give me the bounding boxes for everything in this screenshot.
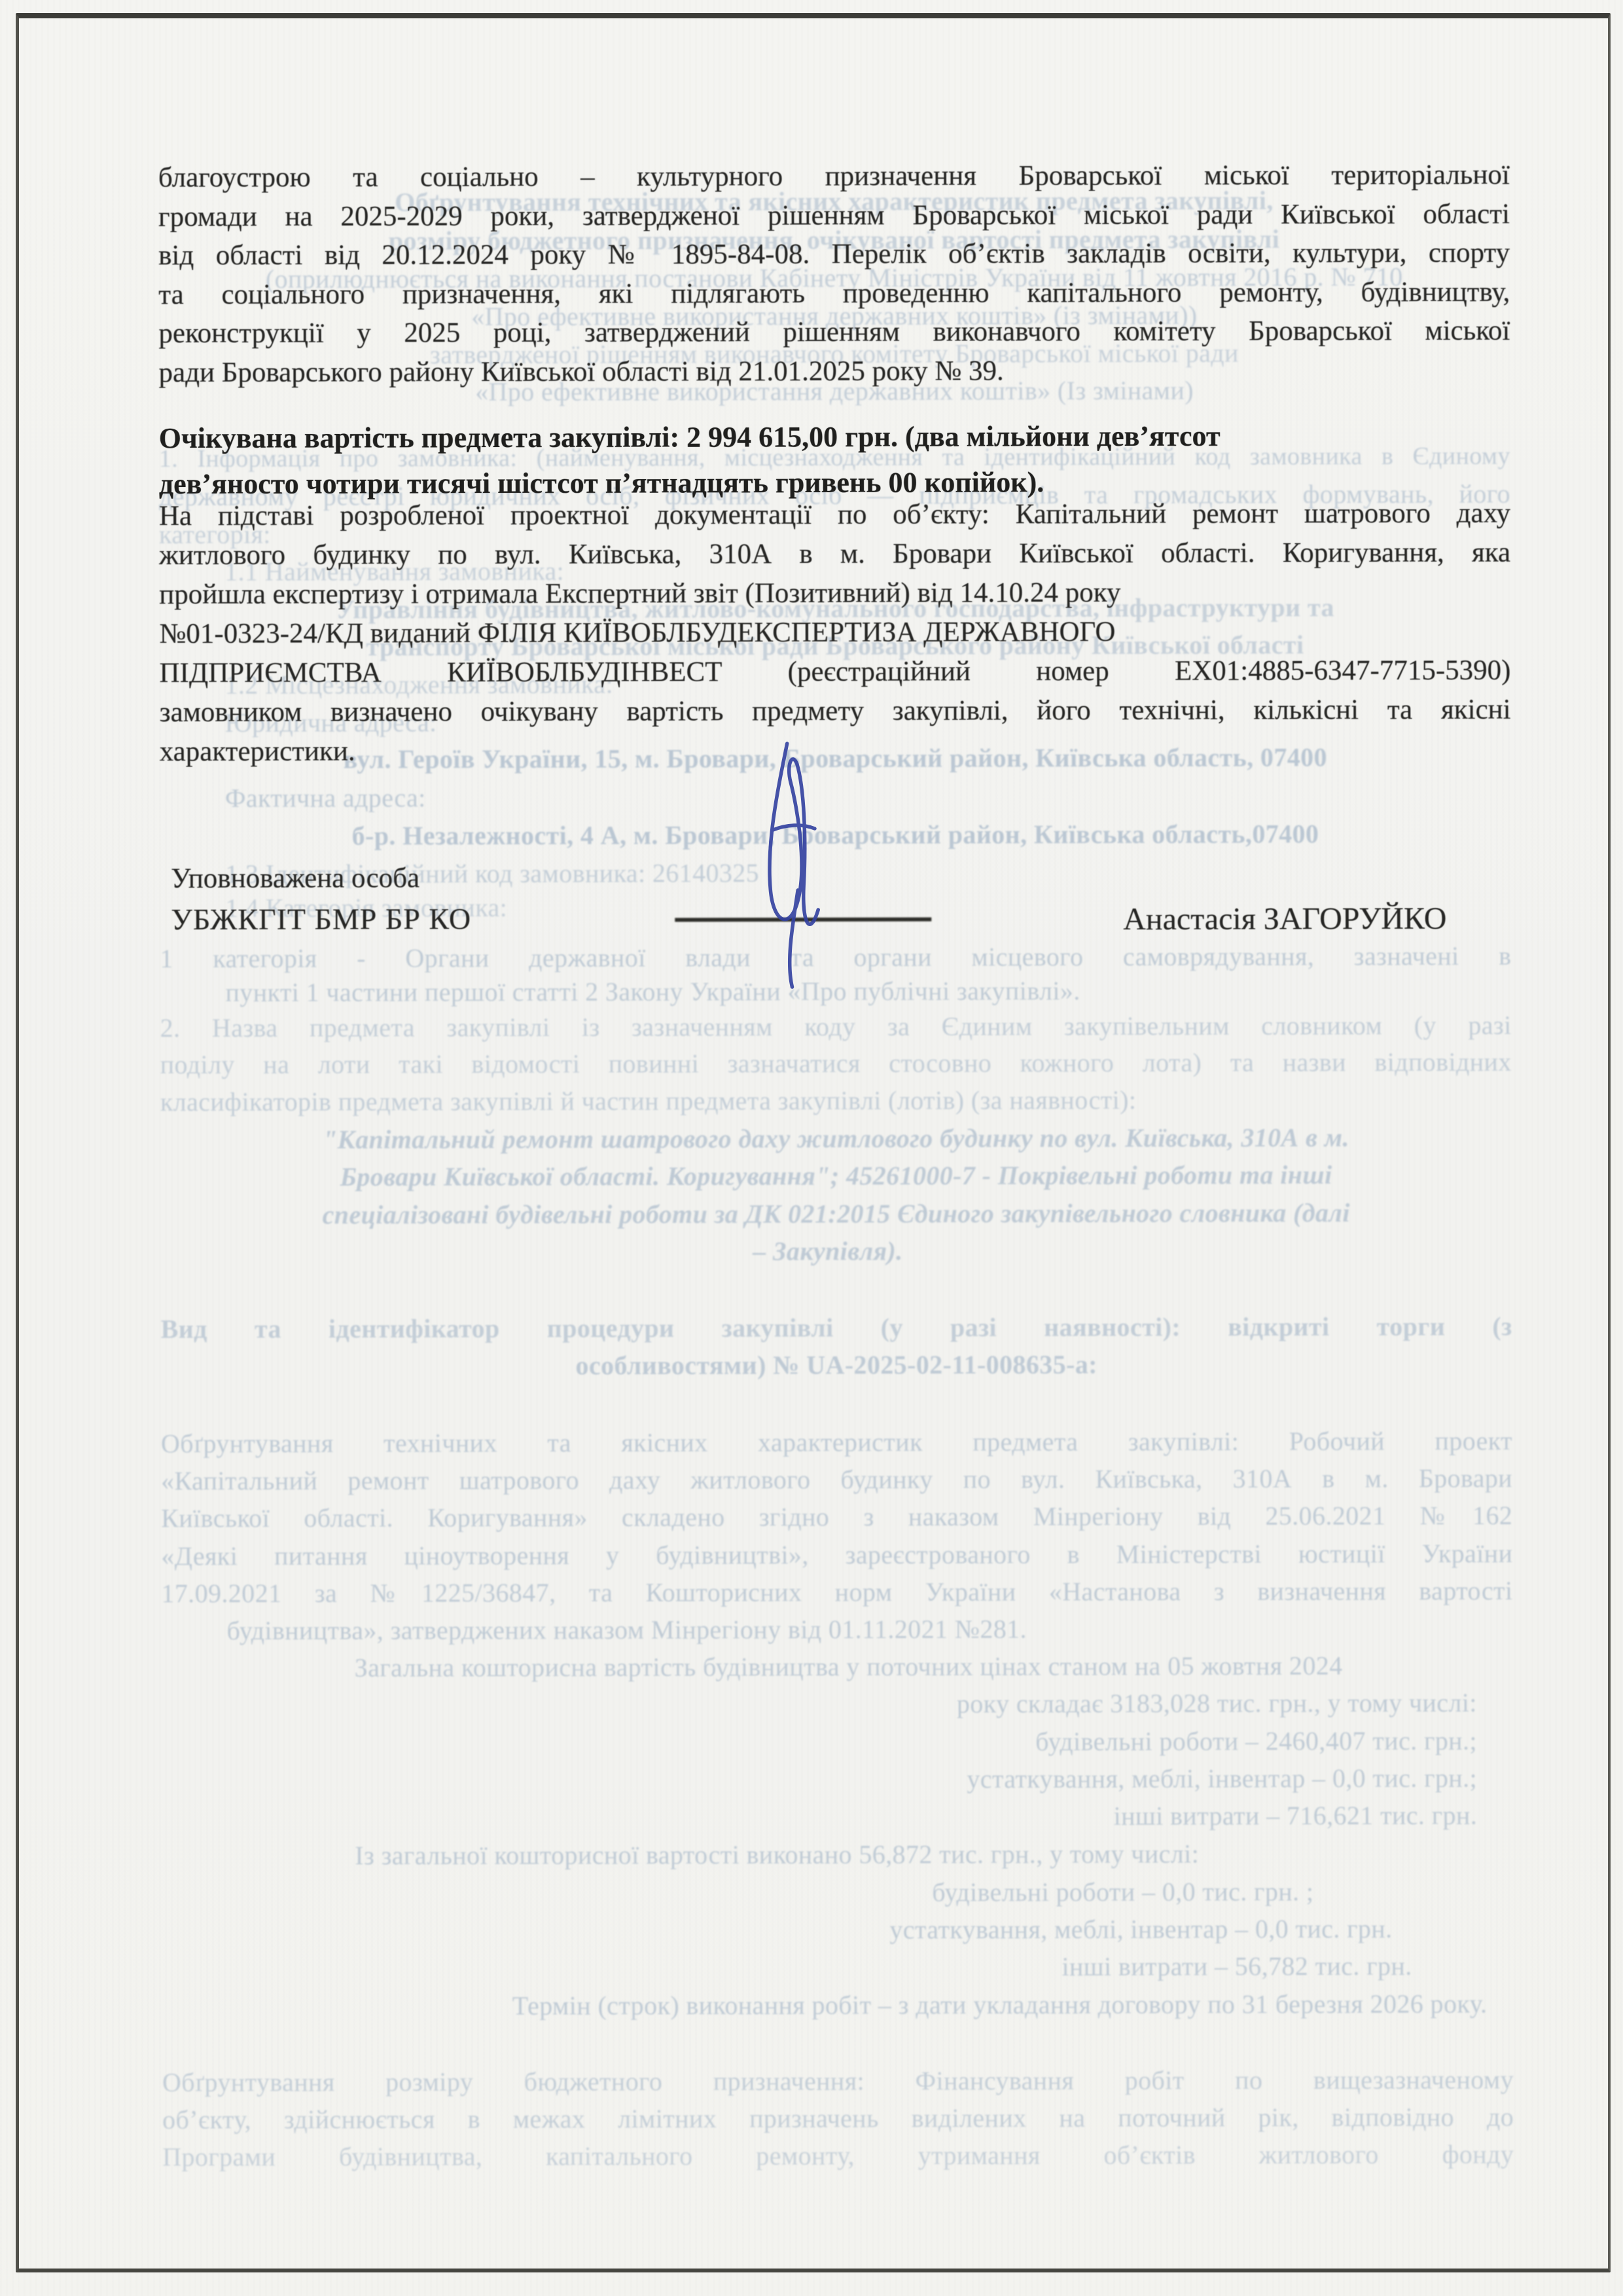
signee-name: Анастасія ЗАГОРУЙКО <box>1123 901 1446 937</box>
paragraph-expected-value: Очікувана вартість предмета закупівлі: 2… <box>0 0 1620 2</box>
paragraph-line: №01-0323-24/КД виданий ФІЛІЯ КИЇВОБЛБУДЕ… <box>159 612 1510 654</box>
bleedthrough-line: спеціалізовані будівельні роботи за ДК 0… <box>160 1196 1512 1232</box>
bleedthrough-line: Програми будівництва, капітального ремон… <box>162 2138 1514 2174</box>
bleedthrough-layer: Обґрунтування технічних та якісних харак… <box>0 0 1620 2</box>
scanned-page: Обґрунтування технічних та якісних харак… <box>0 0 1623 2296</box>
bleedthrough-line: «Деякі питання ціноутворення у будівницт… <box>161 1537 1512 1573</box>
paragraph-line: від області від 20.12.2024 року № 1895-8… <box>158 234 1510 276</box>
paragraph-line: ПІДПРИЄМСТВА КИЇВОБЛБУДІНВЕСТ (реєстраці… <box>159 651 1510 693</box>
paragraph-line: громади на 2025-2029 роки, затвердженої … <box>158 194 1510 236</box>
handwritten-signature <box>694 732 891 1001</box>
bleedthrough-line: устаткування, меблі, інвентар – 0,0 тис.… <box>162 1912 1392 1948</box>
bleedthrough-line: інші витрати – 56,782 тис. грн. <box>162 1949 1412 1986</box>
expected-value-line: Очікувана вартість предмета закупівлі: 2… <box>159 415 1510 459</box>
bleedthrough-line: поділу на лоти такі відомості повинні за… <box>160 1045 1512 1082</box>
bleedthrough-line: Обґрунтування розміру бюджетного признач… <box>162 2063 1514 2100</box>
bleedthrough-line: Фактична адреса: <box>225 779 1577 816</box>
bleedthrough-line: особливостями) № UA-2025-02-11-008635-а: <box>161 1347 1512 1384</box>
bleedthrough-line: інші витрати – 716,621 тис. грн. <box>162 1799 1477 1835</box>
bleedthrough-line: 17.09.2021 за №1225/36847, та Кошторисни… <box>161 1574 1512 1611</box>
bleedthrough-line: Київської області. Коригування» складено… <box>161 1499 1512 1535</box>
paragraph-line: ради Броварського району Київської облас… <box>158 350 1510 392</box>
paragraph-line: пройшла експертизу і отримала Експертний… <box>159 573 1510 615</box>
paragraph-line: замовником визначено очікувану вартість … <box>160 691 1511 732</box>
bleedthrough-line: Обґрунтування технічних та якісних харак… <box>161 1424 1512 1461</box>
authorized-person-label: Уповноважена особа <box>171 862 419 895</box>
scanned-document-page: { "page": { "paper_color": "#f3f3f0", "f… <box>0 0 1623 2296</box>
bleedthrough-line: Вид та ідентифікатор процедури закупівлі… <box>161 1310 1512 1346</box>
bleedthrough-line: року складає 3183,028 тис. грн., у тому … <box>162 1686 1477 1723</box>
bleedthrough-line: Із загальної кошторисної вартості викона… <box>355 1836 1623 1873</box>
bleedthrough-line: устаткування, меблі, інвентар – 0,0 тис.… <box>162 1761 1477 1798</box>
bleedthrough-line: класифікаторів предмета закупівлі й част… <box>160 1083 1512 1119</box>
bleedthrough-line: пункті 1 частини першої статті 2 Закону … <box>225 973 1577 1010</box>
paragraph-line: реконструкції у 2025 році, затверджений … <box>158 312 1510 353</box>
bleedthrough-line: Загальна кошторисна вартість будівництва… <box>355 1648 1623 1685</box>
paragraph-line: та соціального призначення, які підлягаю… <box>158 272 1510 314</box>
bleedthrough-line: "Капітальний ремонт шатрового даху житло… <box>160 1121 1512 1157</box>
bleedthrough-line: «Капітальний ремонт шатрового даху житло… <box>161 1462 1512 1498</box>
paragraph-line: На підставі розробленої проектної докуме… <box>159 494 1510 536</box>
bleedthrough-line: будівництва», затверджених наказом Мінре… <box>226 1611 1578 1648</box>
bleedthrough-line: будівельні роботи – 2460,407 тис. грн.; <box>162 1724 1477 1761</box>
bleedthrough-line: об’єкту, здійснюється в межах лімітних п… <box>162 2100 1514 2137</box>
bleedthrough-line: 2. Назва предмета закупівлі із зазначенн… <box>160 1009 1512 1045</box>
bleedthrough-line: – Закупівля). <box>753 1232 1623 1268</box>
organization-abbreviation: УБЖКГІТ БМР БР КО <box>171 901 471 937</box>
bleedthrough-line: Бровари Київської області. Коригування";… <box>160 1158 1512 1194</box>
paragraph-basis: На підставі розробленої проектної докуме… <box>0 0 1620 2</box>
paragraph-program: благоустрою та соціально – культурного п… <box>0 0 1620 2</box>
bleedthrough-line: Термін (строк) виконання робіт – з дати … <box>512 1986 1623 2023</box>
paragraph-line: благоустрою та соціально – культурного п… <box>158 156 1510 198</box>
bleedthrough-line: будівельні роботи – 0,0 тис. грн. ; <box>162 1874 1313 1911</box>
paragraph-line: житлового будинку по вул. Київська, 310А… <box>159 533 1510 575</box>
bleedthrough-line: 1.3 Ідентифікаційний код замовника: 2614… <box>225 855 1577 891</box>
